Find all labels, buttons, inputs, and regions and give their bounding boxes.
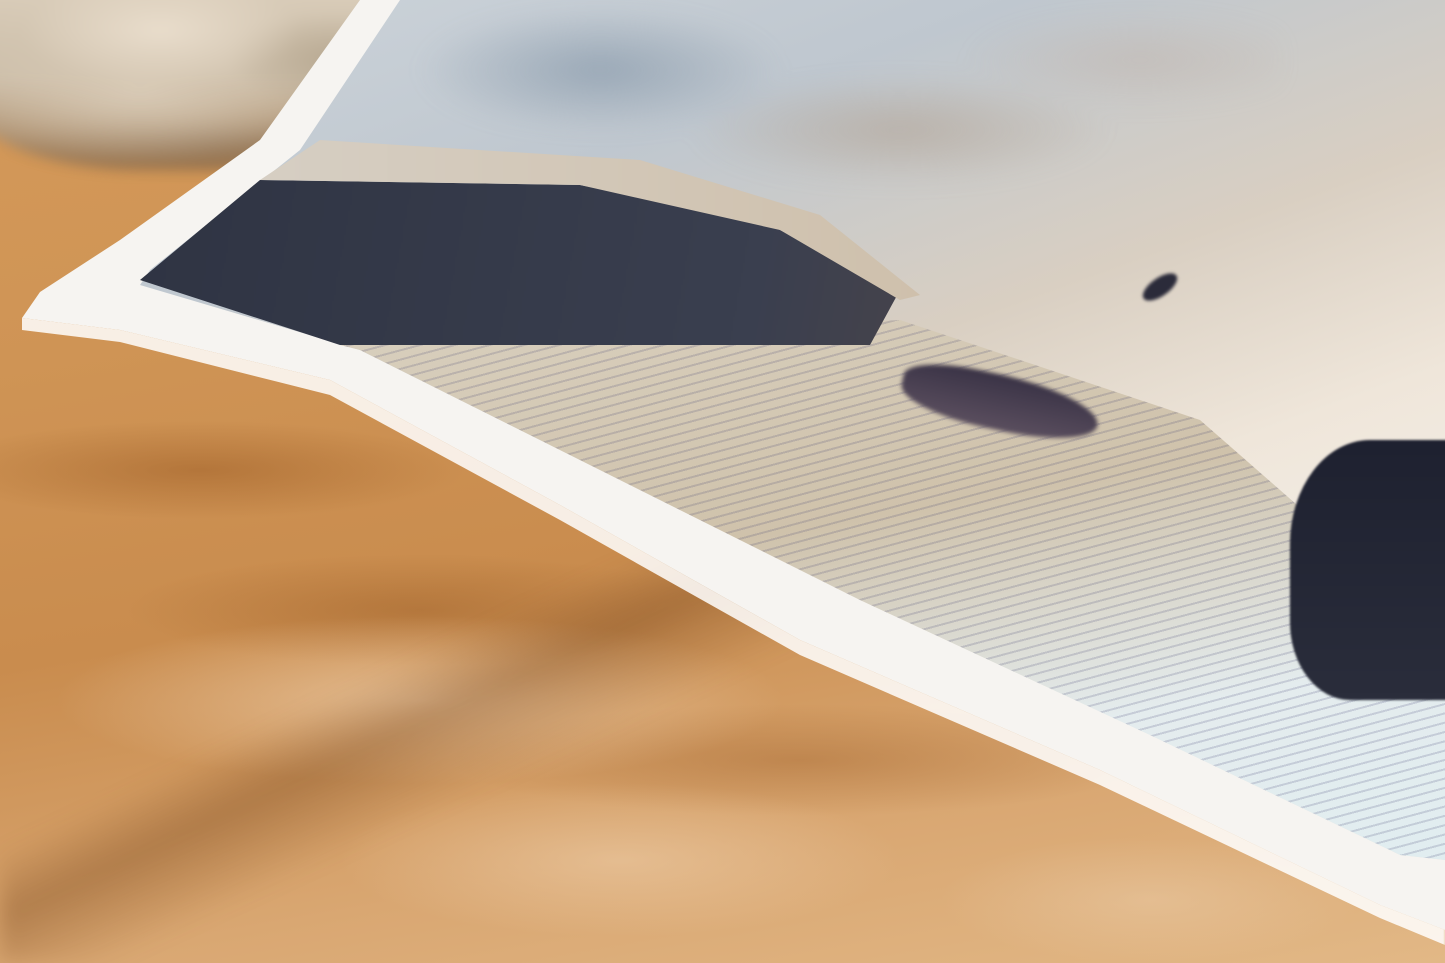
photo-scene xyxy=(0,0,1445,963)
dark-rock xyxy=(1290,440,1445,700)
